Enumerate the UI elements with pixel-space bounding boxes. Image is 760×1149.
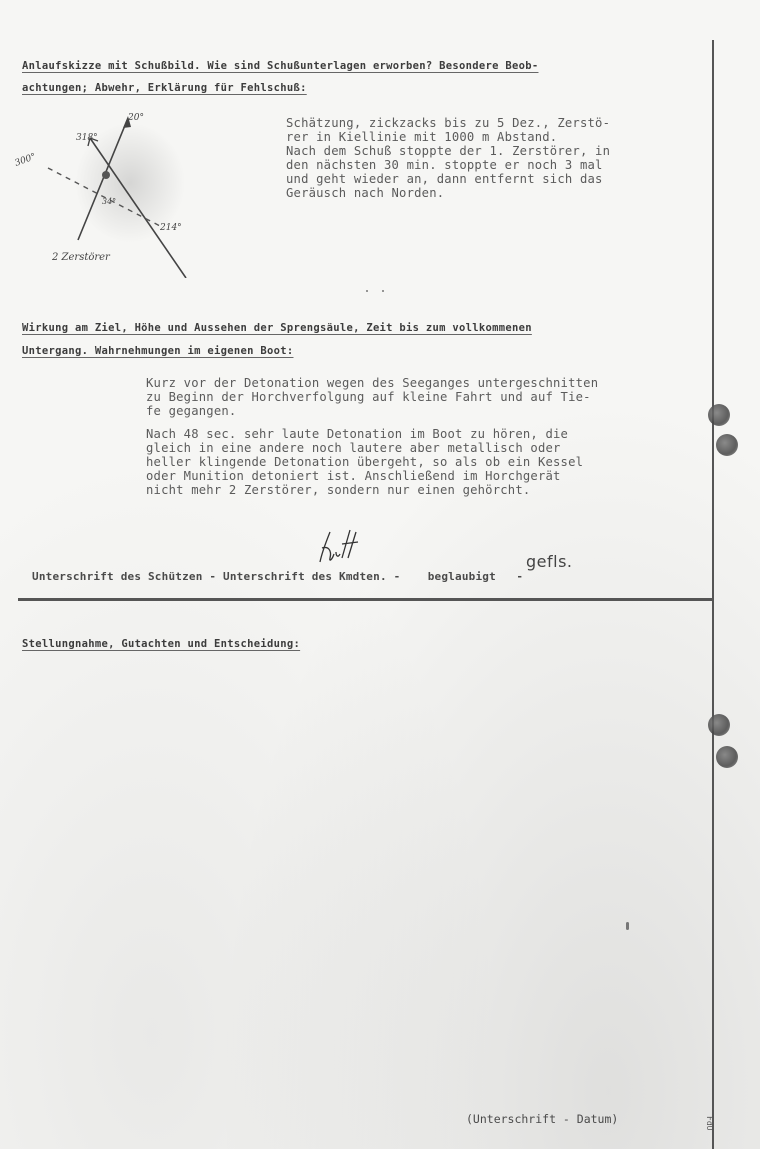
signature-date-label: (Unterschrift - Datum) (466, 1112, 618, 1126)
section2-line: oder Munition detoniert ist. Anschließen… (146, 469, 561, 483)
sketch-label-20: 20° (127, 113, 144, 123)
section1-heading-line2: achtungen; Abwehr, Erklärung für Fehlsch… (22, 78, 307, 99)
section2-line: nicht mehr 2 Zerstörer, sondern nur eine… (146, 483, 530, 497)
section2-line: gleich in eine andere noch lautere aber … (146, 441, 561, 455)
speck (366, 290, 368, 292)
section1-line: den nächsten 30 min. stoppte er noch 3 m… (286, 158, 603, 172)
section2-line: Nach 48 sec. sehr laute Detonation im Bo… (146, 427, 568, 441)
punch-hole (716, 434, 738, 456)
signature-line: Unterschrift des Schützen - Unterschrift… (32, 570, 523, 583)
speck (382, 290, 384, 292)
section1-line: rer in Kiellinie mit 1000 m Abstand. (286, 130, 557, 144)
sketch-label-300: 300° (14, 152, 38, 169)
sketch-label-214: 214° (159, 223, 182, 233)
section2-heading-line2: Untergang. Wahrnehmungen im eigenen Boot… (22, 341, 293, 362)
document-page: Anlaufskizze mit Schußbild. Wie sind Sch… (0, 0, 760, 1149)
section1-line: und geht wieder an, dann entfernt sich d… (286, 172, 603, 186)
section1-line: Schätzung, zickzacks bis zu 5 Dez., Zers… (286, 116, 610, 130)
punch-hole (708, 404, 730, 426)
section2-line: Kurz vor der Detonation wegen des Seegan… (146, 376, 598, 390)
section1-heading-line1: Anlaufskizze mit Schußbild. Wie sind Sch… (22, 56, 538, 77)
handwritten-signature (312, 528, 362, 568)
margin-note: FdU (705, 1116, 714, 1130)
sketch-caption: 2 Zerstörer (51, 252, 111, 263)
margin-rule (712, 40, 714, 1149)
speck (626, 922, 629, 930)
section2-line: fe gegangen. (146, 404, 236, 418)
punch-hole (708, 714, 730, 736)
sketch-label-318: 318° (76, 133, 98, 143)
punch-hole (716, 746, 738, 768)
section2-heading-line1: Wirkung am Ziel, Höhe und Aussehen der S… (22, 318, 532, 339)
stamp-text: gefls. (526, 552, 573, 571)
section1-line: Nach dem Schuß stoppte der 1. Zerstörer,… (286, 144, 610, 158)
section2-line: zu Beginn der Horchverfolgung auf kleine… (146, 390, 591, 404)
sketch-label-angle: 34° (102, 197, 116, 206)
section2-line: heller klingende Detonation übergeht, so… (146, 455, 583, 469)
section-divider (18, 598, 714, 601)
section1-line: Geräusch nach Norden. (286, 186, 444, 200)
attack-sketch-diagram: 20° 318° 300° 214° 34° 2 Zerstörer (10, 108, 220, 278)
section3-heading: Stellungnahme, Gutachten und Entscheidun… (22, 634, 300, 655)
